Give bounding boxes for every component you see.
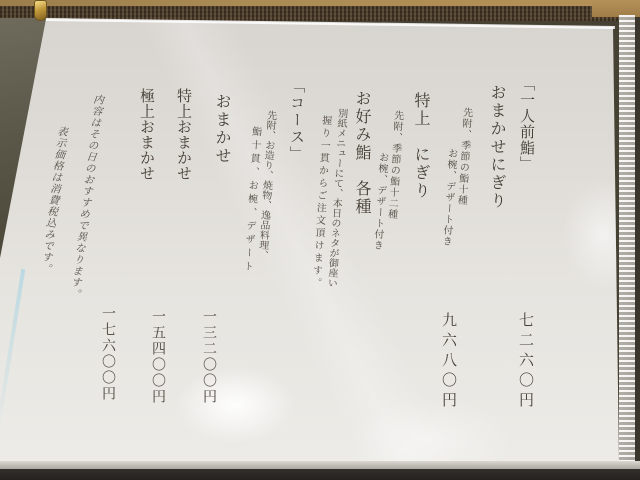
menu-item-name-omakase-nigiri: おまかせにぎり	[486, 84, 509, 210]
table-surface-bottom	[0, 468, 640, 480]
menu-item-price: 一七六〇〇円	[98, 306, 118, 402]
footnote-contents: 内容はその日のおすすめで異なります。	[67, 93, 107, 300]
menu-item-name-gokujo-omakase: 極上おまかせ	[137, 88, 158, 181]
menu-item-name-tokujo-omakase: 特上おまかせ	[174, 88, 195, 181]
footnote-tax: 表示価格は消費税込みです。	[38, 125, 71, 275]
section-title-single-serving: 「一人前鮨」	[517, 76, 538, 172]
menu-item-price: 一五四〇〇円	[148, 309, 168, 405]
menu-item-name-okonomi-sushi: お好み鮨 各種	[351, 90, 374, 216]
menu-item-name-omakase: おまかせ	[211, 93, 234, 165]
sleeve-crimped-edge	[619, 15, 635, 467]
menu-item-name-tokujo-nigiri: 特上 にぎり	[410, 92, 433, 200]
menu-item-price: 九六八〇円	[439, 312, 460, 412]
binder-clip-icon	[34, 0, 47, 21]
menu-photo: 「一人前鮨」 おまかせにぎり 先附、季節の鮨十種 お椀、デザート付き 七二六〇円…	[0, 0, 640, 480]
section-title-course: 「コース」	[287, 78, 308, 163]
menu-item-price: 七二六〇円	[516, 312, 537, 412]
sleeve-bottom-edge	[0, 461, 640, 469]
menu-item-price: 一三二〇〇円	[199, 309, 219, 405]
